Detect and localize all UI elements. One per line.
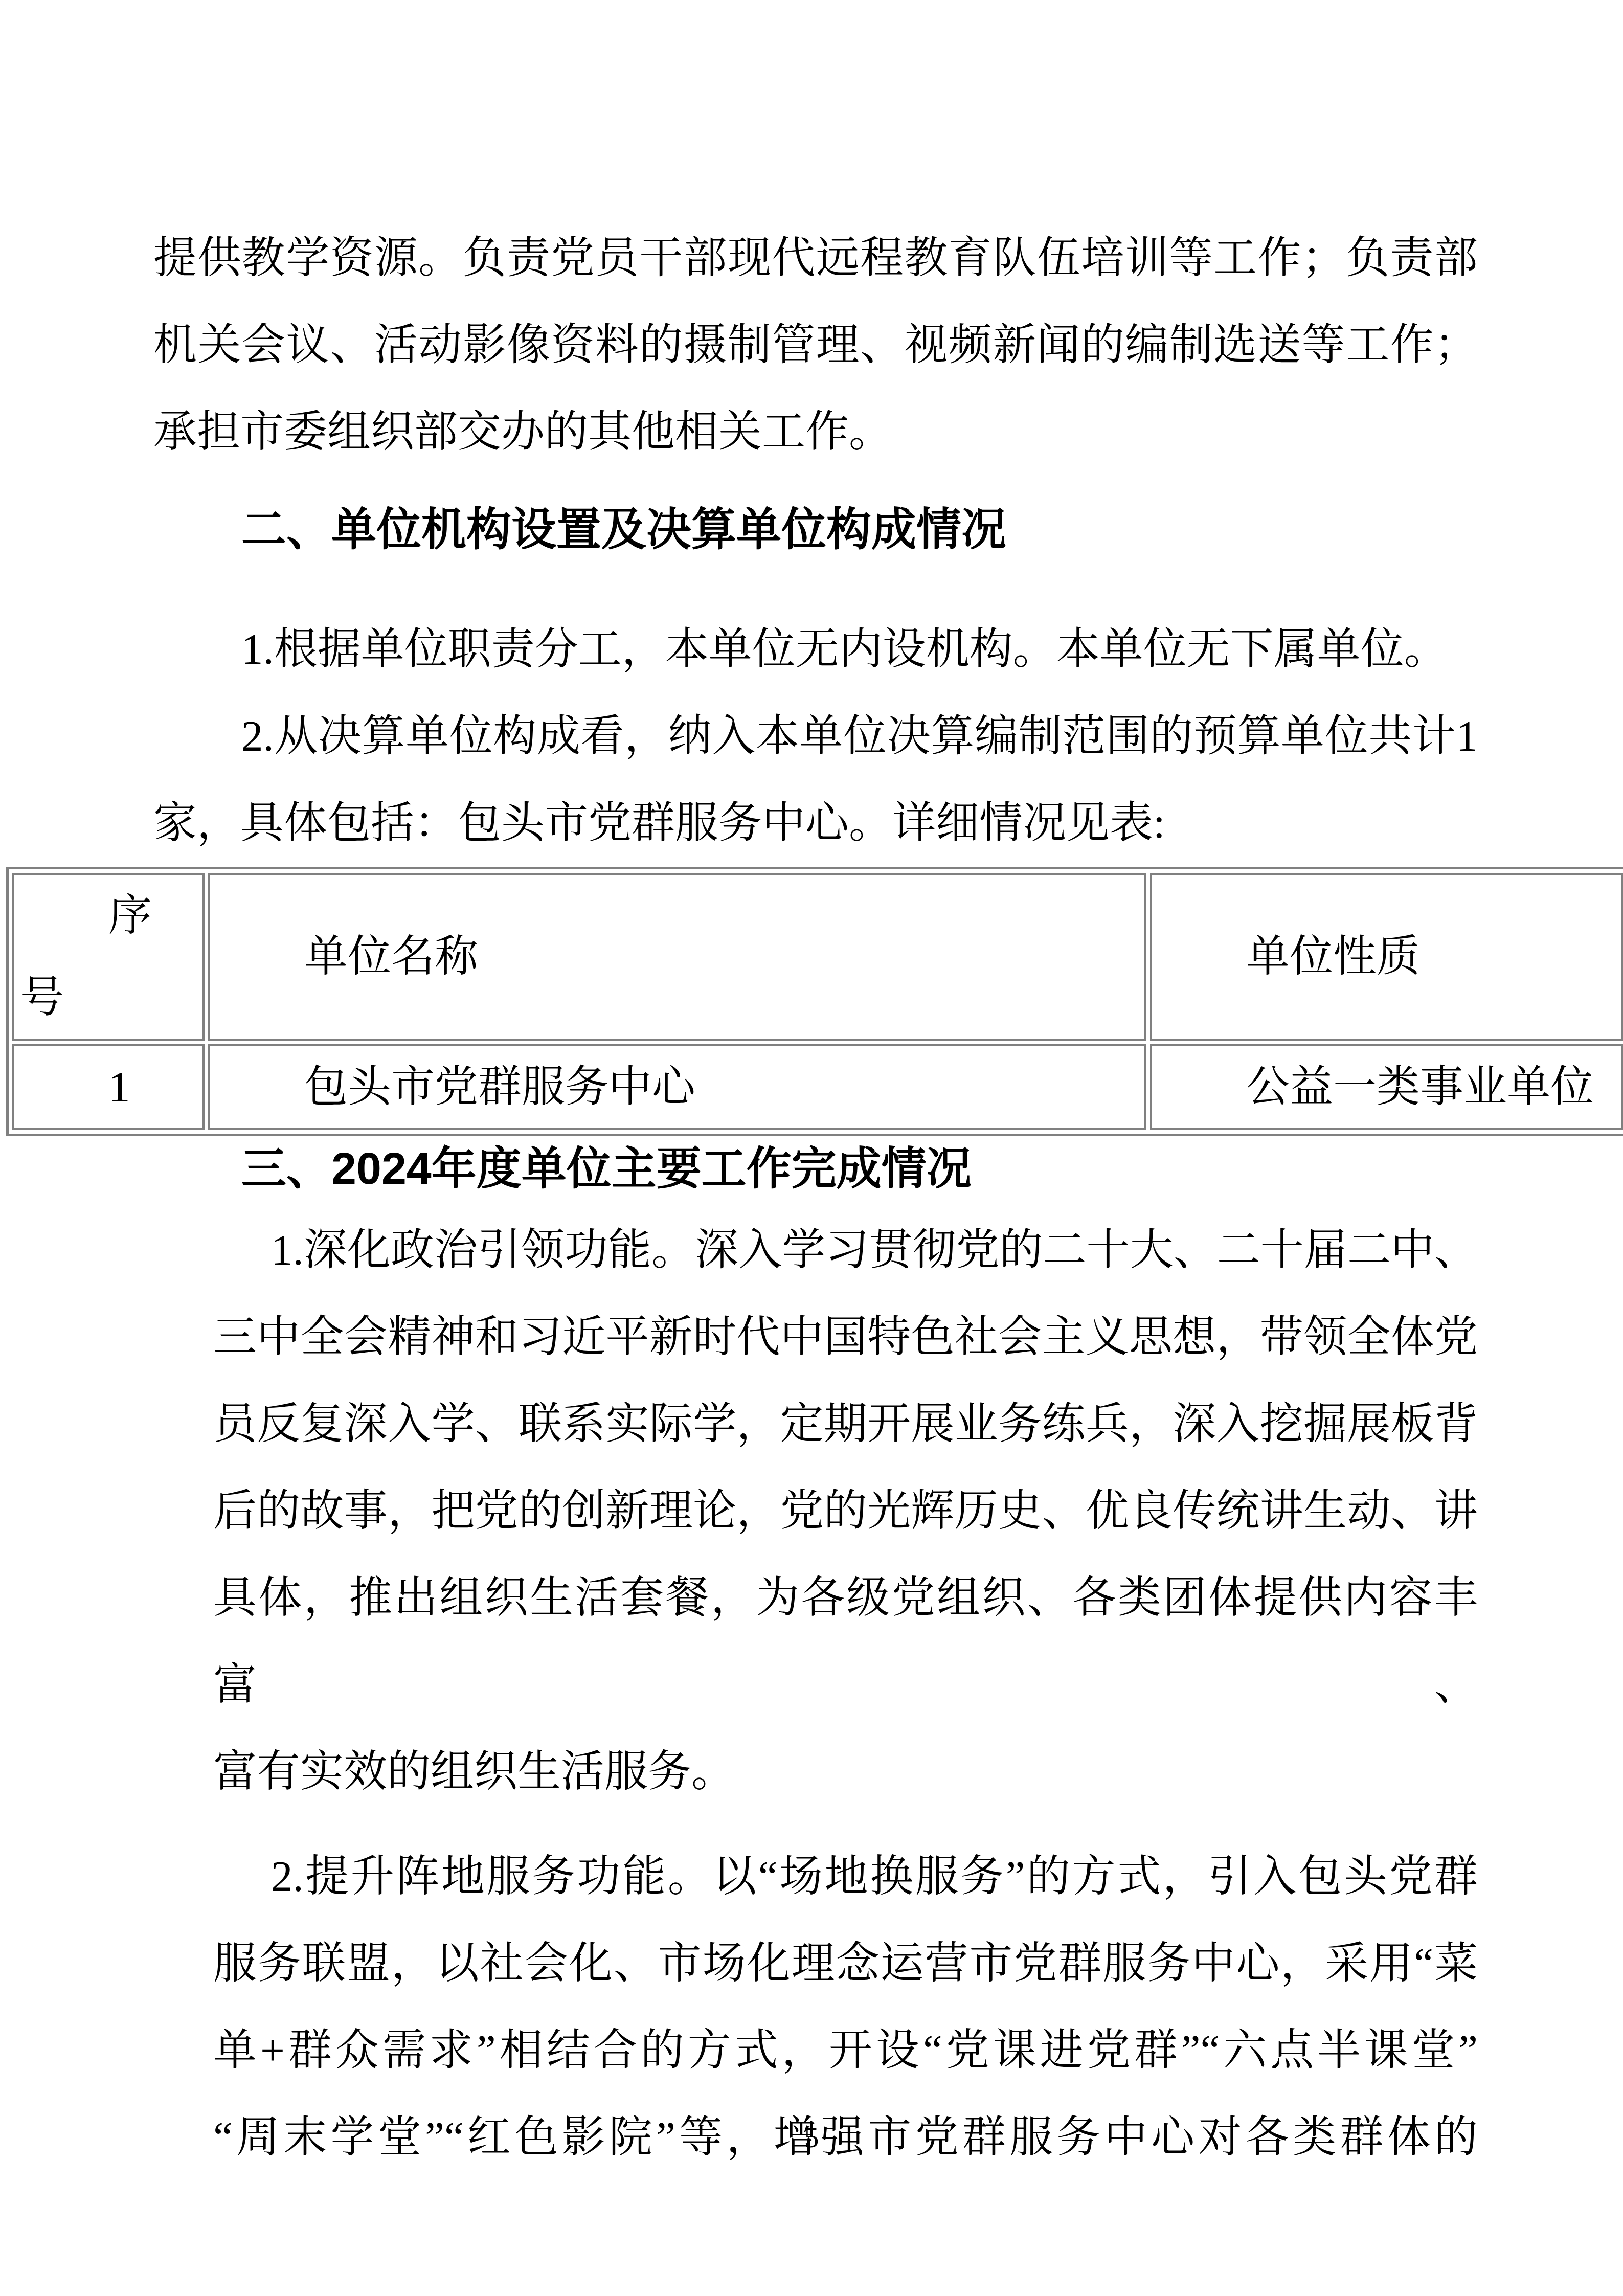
paragraph-section2: 1.根据单位职责分工，本单位无内设机构。本单位无下属单位。 2.从决算单位构成看… <box>153 606 1478 867</box>
seq-header-cell: 序 号 <box>12 873 205 1041</box>
unit-nature-cell: 公益一类事业单位 <box>1150 1044 1623 1130</box>
upper-text-block: 提供教学资源。负责党员干部现代远程教育队伍培训等工作；负责部 机关会议、活动影像… <box>153 215 1478 867</box>
body-line: 后的故事，把党的创新理论，党的光辉历史、优良传统讲生动、讲 <box>213 1468 1478 1555</box>
body-line: 三中全会精神和习近平新时代中国特色社会主义思想，带领全体党 <box>213 1294 1478 1381</box>
body-line: 1.根据单位职责分工，本单位无内设机构。本单位无下属单位。 <box>153 606 1478 693</box>
unit-name-header-cell: 单位名称 <box>208 873 1146 1041</box>
body-line: 单+群众需求”相结合的方式，开设“党课进党群”“六点半课堂” <box>213 2007 1478 2094</box>
body-line: 2.提升阵地服务功能。以“场地换服务”的方式，引入包头党群 <box>213 1833 1478 1920</box>
paragraph-intro: 提供教学资源。负责党员干部现代远程教育队伍培训等工作；负责部 机关会议、活动影像… <box>153 215 1478 476</box>
unit-nature-header-cell: 单位性质 <box>1150 873 1623 1041</box>
page-number: 5 <box>0 2122 1623 2153</box>
unit-nature-value: 公益一类事业单位 <box>1158 1046 1615 1128</box>
body-line: 提供教学资源。负责党员干部现代远程教育队伍培训等工作；负责部 <box>153 215 1478 302</box>
unit-name-cell: 包头市党群服务中心 <box>208 1044 1146 1130</box>
body-line: 服务联盟，以社会化、市场化理念运营市党群服务中心，采用“菜 <box>213 1920 1478 2007</box>
body-line: 机关会议、活动影像资料的摄制管理、视频新闻的编制选送等工作； <box>153 302 1478 389</box>
body-line: 家，具体包括：包头市党群服务中心。详细情况见表: <box>153 780 1478 867</box>
body-line: 1.深化政治引领功能。深入学习贯彻党的二十大、二十届二中、 <box>213 1207 1478 1294</box>
unit-name-value: 包头市党群服务中心 <box>216 1046 1138 1128</box>
body-line: 2.从决算单位构成看，纳入本单位决算编制范围的预算单位共计1 <box>153 693 1478 780</box>
body-line: 承担市委组织部交办的其他相关工作。 <box>153 389 1478 476</box>
paragraph-section3-1: 1.深化政治引领功能。深入学习贯彻党的二十大、二十届二中、 三中全会精神和习近平… <box>213 1207 1478 1815</box>
unit-name-header-label: 单位名称 <box>216 916 1138 998</box>
seq-value: 1 <box>20 1046 196 1128</box>
body-line: 员反复深入学、联系实际学，定期开展业务练兵，深入挖掘展板背 <box>213 1381 1478 1468</box>
table-header-row: 序 号 单位名称 单位性质 <box>12 873 1623 1041</box>
section-heading-work-completion: 三、2024年度单位主要工作完成情况 <box>153 1130 1478 1207</box>
units-table: 序 号 单位名称 单位性质 1 包头市党群服务中心 公益一类事业单位 <box>6 867 1623 1136</box>
unit-nature-header-label: 单位性质 <box>1158 916 1615 998</box>
body-line: 富有实效的组织生活服务。 <box>213 1728 1478 1815</box>
document-page: 提供教学资源。负责党员干部现代远程教育队伍培训等工作；负责部 机关会议、活动影像… <box>0 0 1623 2296</box>
seq-cell: 1 <box>12 1044 205 1130</box>
body-line: 具体，推出组织生活套餐，为各级党组织、各类团体提供内容丰富、 <box>213 1555 1478 1728</box>
seq-header-label-line2: 号 <box>20 957 196 1039</box>
seq-header-label-line1: 序 <box>20 875 196 957</box>
section-heading-org-setup: 二、单位机构设置及决算单位构成情况 <box>153 486 1478 573</box>
table-row: 1 包头市党群服务中心 公益一类事业单位 <box>12 1044 1623 1130</box>
lower-text-block: 三、2024年度单位主要工作完成情况 1.深化政治引领功能。深入学习贯彻党的二十… <box>153 1130 1478 2181</box>
